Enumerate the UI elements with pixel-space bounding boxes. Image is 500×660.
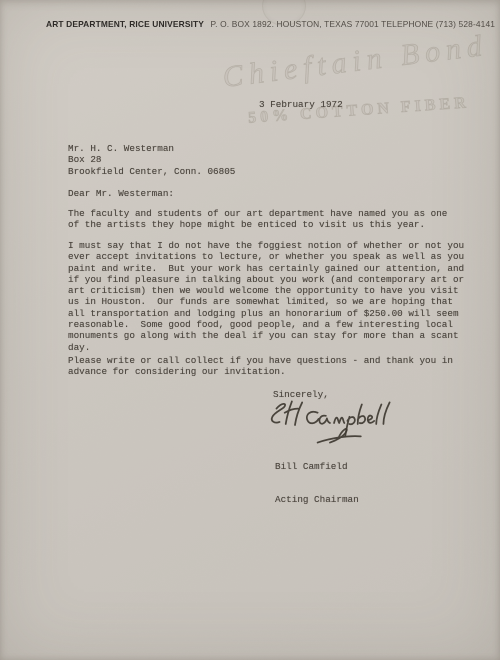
- text-line: Brookfield Center, Conn. 06805: [68, 166, 235, 177]
- text-line: us in Houston. Our funds are somewhat li…: [68, 296, 464, 307]
- signer-name: Bill Camfield: [275, 461, 359, 472]
- text-line: The faculty and students of our art depa…: [68, 208, 447, 219]
- signer-title: Acting Chairman: [275, 494, 359, 505]
- text-line: advance for considering our invitation.: [68, 366, 453, 377]
- letterhead: ART DEPARTMENT, RICE UNIVERSITY P. O. BO…: [46, 19, 486, 29]
- text-line: of the artists they hope might be entice…: [68, 219, 447, 230]
- text-line: paint and write. But your work has certa…: [68, 263, 464, 274]
- text-line: all transportation and lodging plus an h…: [68, 308, 464, 319]
- salutation: Dear Mr. Westerman:: [68, 188, 174, 199]
- signature-block: Bill Camfield Acting Chairman: [275, 438, 359, 528]
- text-line: Box 28: [68, 154, 235, 165]
- paragraph-2: I must say that I do not have the foggie…: [68, 240, 464, 353]
- paragraph-1: The faculty and students of our art depa…: [68, 208, 447, 231]
- text-line: I must say that I do not have the foggie…: [68, 240, 464, 251]
- text-line: Please write or call collect if you have…: [68, 355, 453, 366]
- signature-surname-stroke: [307, 402, 390, 435]
- text-line: Mr. H. C. Westerman: [68, 143, 235, 154]
- letterhead-address: P. O. BOX 1892. HOUSTON, TEXAS 77001 TEL…: [211, 19, 496, 29]
- paper-watermark-brand: Chieftain Bond: [221, 27, 500, 95]
- letter-date: 3 February 1972: [259, 99, 343, 110]
- text-line: if you find pleasure in talking about yo…: [68, 274, 464, 285]
- text-line: ever accept invitations to lecture, or w…: [68, 251, 464, 262]
- text-line: day.: [68, 342, 464, 353]
- paragraph-3: Please write or call collect if you have…: [68, 355, 453, 378]
- letterhead-org: ART DEPARTMENT, RICE UNIVERSITY: [46, 19, 204, 29]
- signature-initials-stroke: [272, 401, 302, 425]
- text-line: monuments go along with the deal if you …: [68, 330, 464, 341]
- recipient-address: Mr. H. C. WestermanBox 28Brookfield Cent…: [68, 143, 235, 177]
- text-line: art criticism) then we would welcome the…: [68, 285, 464, 296]
- letter-page: ART DEPARTMENT, RICE UNIVERSITY P. O. BO…: [0, 0, 500, 660]
- text-line: reasonable. Some good food, good people,…: [68, 319, 464, 330]
